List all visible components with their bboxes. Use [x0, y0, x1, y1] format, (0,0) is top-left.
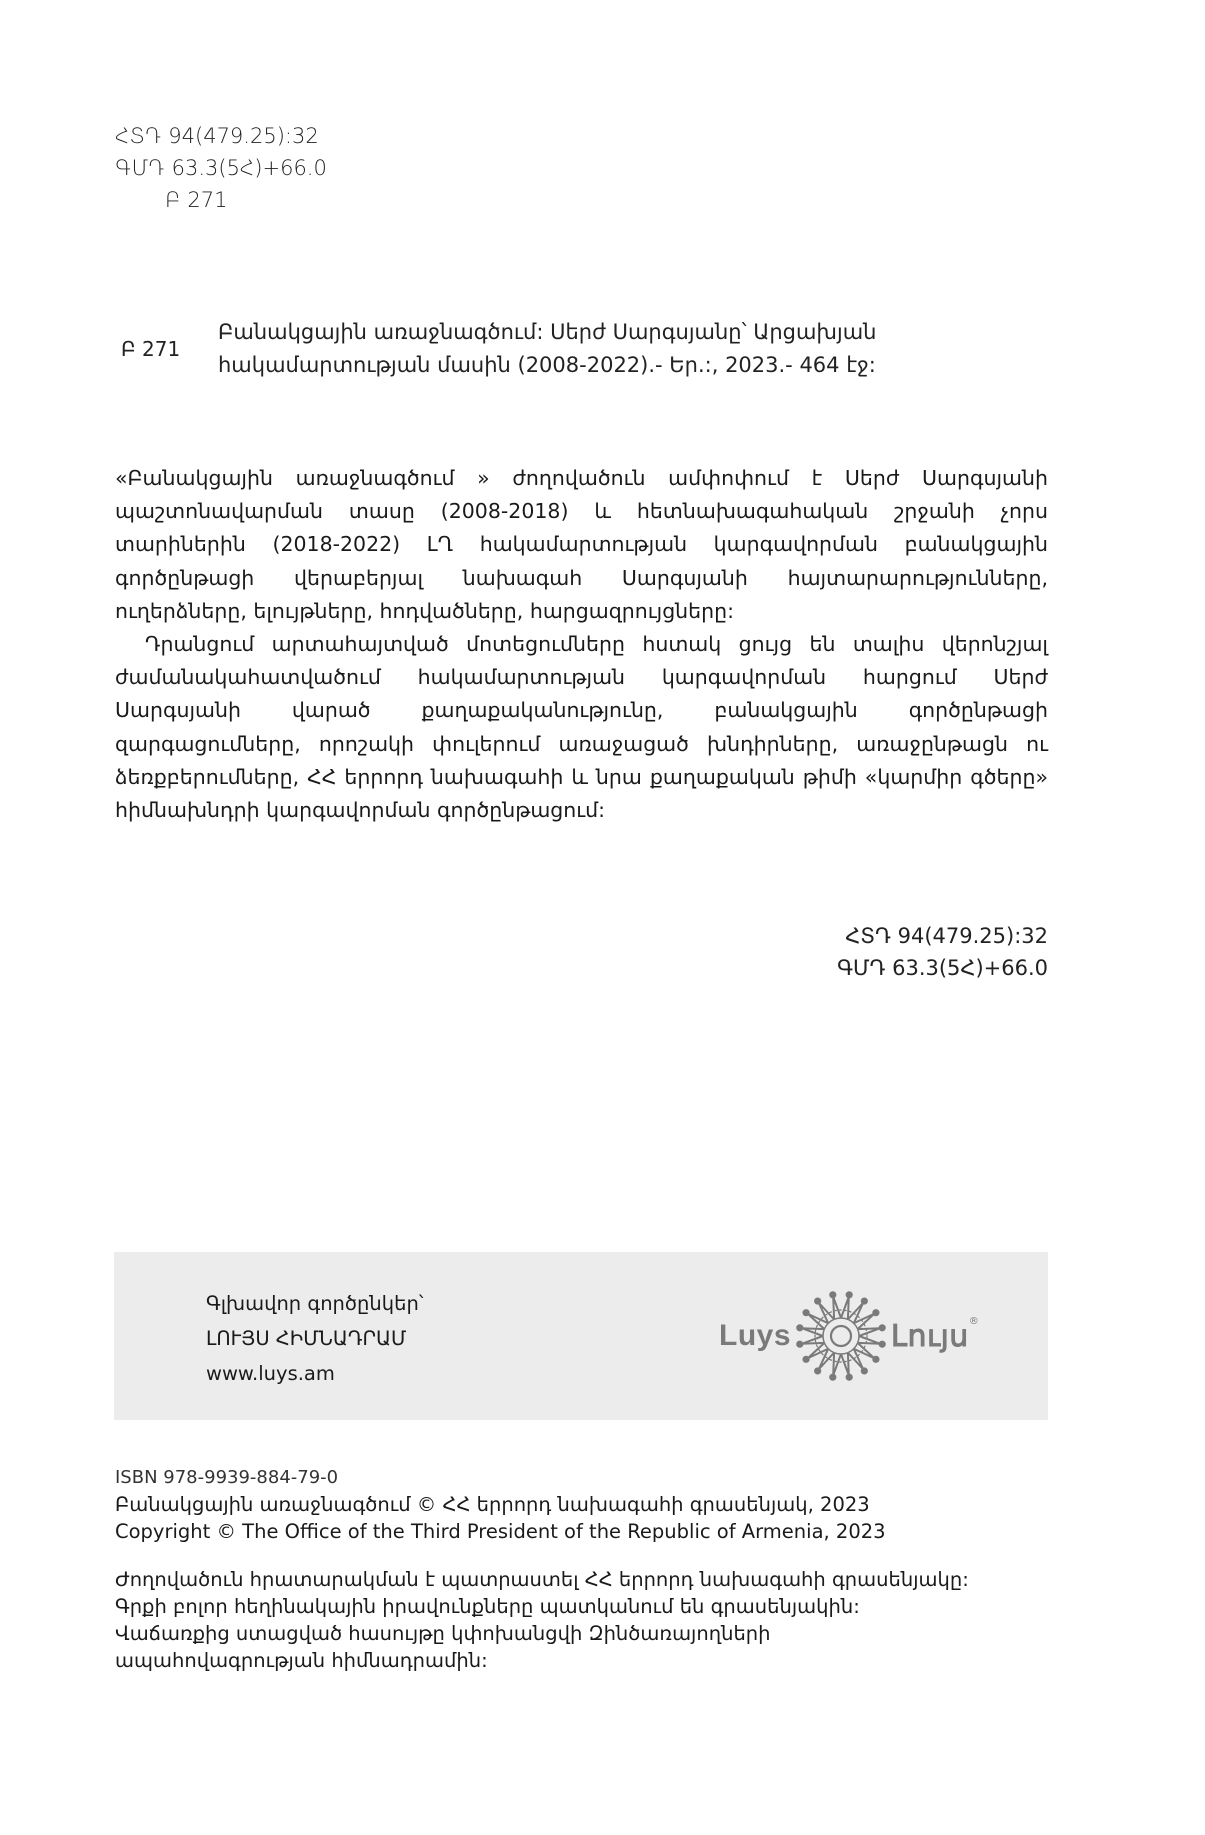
- bibliographic-description: Բանակցային առաջնագծում: Սերժ Սարգսյանը՝ …: [218, 316, 1038, 382]
- copyright-armenian: Բանակցային առաջնագծում © ՀՀ երրորդ նախագ…: [115, 1491, 886, 1518]
- sponsor-label: Գլխավոր գործընկեր՝: [206, 1286, 423, 1321]
- isbn: ISBN 978-9939-884-79-0: [115, 1464, 886, 1491]
- udc-code: ՀՏԴ 94(479.25):32: [115, 120, 327, 152]
- bibliographic-code: Բ 271: [121, 337, 180, 361]
- abstract-paragraph-1: «Բանակցային առաջնագծում » ժողովածուն ամփ…: [115, 462, 1048, 628]
- notice-line-4: ապահովագրության հիմնադրամին:: [115, 1647, 969, 1674]
- author-mark: Բ 271: [115, 184, 327, 216]
- luys-logo: Luys Լույս ®: [719, 1290, 979, 1382]
- classification-codes-top: ՀՏԴ 94(479.25):32 ԳՄԴ 63.3(5Հ)+66.0 Բ 27…: [115, 120, 327, 216]
- abstract-paragraph-2: Դրանցում արտահայտված մոտեցումները հստակ …: [115, 628, 1048, 827]
- bibliographic-line-2: հակամարտության մասին (2008-2022).- Եր.:,…: [218, 349, 1038, 382]
- sponsor-box: Գլխավոր գործընկեր՝ ԼՈՒՅՍ ՀԻՄՆԱԴՐԱՄ www.l…: [114, 1252, 1048, 1420]
- bibliographic-line-1: Բանակցային առաջնագծում: Սերժ Սարգսյանը՝ …: [218, 316, 1038, 349]
- notice-line-2: Գրքի բոլոր հեղինակային իրավունքները պատկ…: [115, 1593, 969, 1620]
- classification-codes-bottom: ՀՏԴ 94(479.25):32 ԳՄԴ 63.3(5Հ)+66.0: [837, 920, 1048, 984]
- notice-line-1: Ժողովածուն հրատարակման է պատրաստել ՀՀ եր…: [115, 1566, 969, 1593]
- abstract: «Բանակցային առաջնագծում » ժողովածուն ամփ…: [115, 462, 1048, 827]
- sunburst-people-icon: [795, 1290, 887, 1382]
- sponsor-website[interactable]: www.luys.am: [206, 1356, 423, 1391]
- publication-notice: Ժողովածուն հրատարակման է պատրաստել ՀՀ եր…: [115, 1566, 969, 1674]
- sponsor-name: ԼՈՒՅՍ ՀԻՄՆԱԴՐԱՄ: [206, 1321, 423, 1356]
- logo-word-armenian: Լույս: [891, 1319, 969, 1354]
- imprint: ISBN 978-9939-884-79-0 Բանակցային առաջնա…: [115, 1464, 886, 1545]
- lbc-code: ԳՄԴ 63.3(5Հ)+66.0: [837, 952, 1048, 984]
- notice-line-3: Վաճառքից ստացված հասույթը կփոխանցվի Զինծ…: [115, 1620, 969, 1647]
- registered-mark: ®: [969, 1316, 979, 1327]
- copyright-english: Copyright © The Office of the Third Pres…: [115, 1518, 886, 1545]
- udc-code: ՀՏԴ 94(479.25):32: [837, 920, 1048, 952]
- logo-word-latin: Luys: [719, 1319, 791, 1353]
- lbc-code: ԳՄԴ 63.3(5Հ)+66.0: [115, 152, 327, 184]
- sponsor-info: Գլխավոր գործընկեր՝ ԼՈՒՅՍ ՀԻՄՆԱԴՐԱՄ www.l…: [206, 1286, 423, 1391]
